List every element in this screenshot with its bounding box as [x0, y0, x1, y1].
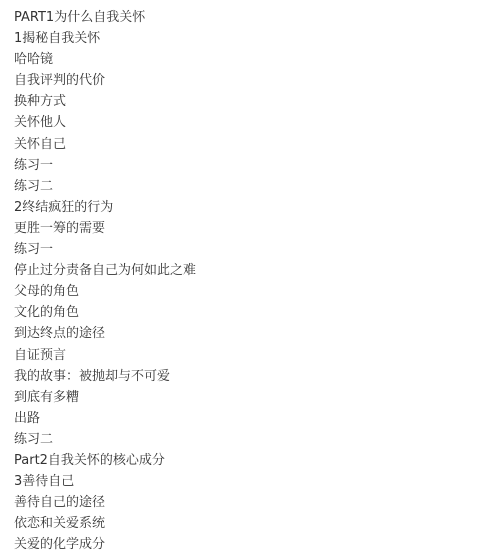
toc-item: 到达终点的途径	[14, 323, 196, 344]
toc-item: 哈哈镜	[14, 49, 196, 70]
toc-item: 善待自己的途径	[14, 492, 196, 513]
toc-item: 练习一	[14, 239, 196, 260]
toc-item: 关爱的化学成分	[14, 534, 196, 554]
table-of-contents: PART1为什么自我关怀 1揭秘自我关怀 哈哈镜 自我评判的代价 换种方式 关怀…	[14, 7, 196, 554]
toc-item: 练习二	[14, 429, 196, 450]
toc-item: 练习一	[14, 155, 196, 176]
toc-item: 出路	[14, 408, 196, 429]
toc-item: 关怀自己	[14, 134, 196, 155]
toc-item: 我的故事：被抛却与不可爱	[14, 366, 196, 387]
toc-item: 更胜一筹的需要	[14, 218, 196, 239]
toc-item: 自证预言	[14, 345, 196, 366]
toc-item: Part2自我关怀的核心成分	[14, 450, 196, 471]
toc-item: 练习二	[14, 176, 196, 197]
toc-item: 2终结疯狂的行为	[14, 197, 196, 218]
toc-item: 父母的角色	[14, 281, 196, 302]
toc-item: 3善待自己	[14, 471, 196, 492]
toc-item: 换种方式	[14, 91, 196, 112]
toc-item: 关怀他人	[14, 112, 196, 133]
toc-item: 停止过分责备自己为何如此之难	[14, 260, 196, 281]
toc-item: 文化的角色	[14, 302, 196, 323]
toc-item: 自我评判的代价	[14, 70, 196, 91]
toc-item: 到底有多糟	[14, 387, 196, 408]
toc-item: PART1为什么自我关怀	[14, 7, 196, 28]
toc-item: 依恋和关爱系统	[14, 513, 196, 534]
toc-item: 1揭秘自我关怀	[14, 28, 196, 49]
